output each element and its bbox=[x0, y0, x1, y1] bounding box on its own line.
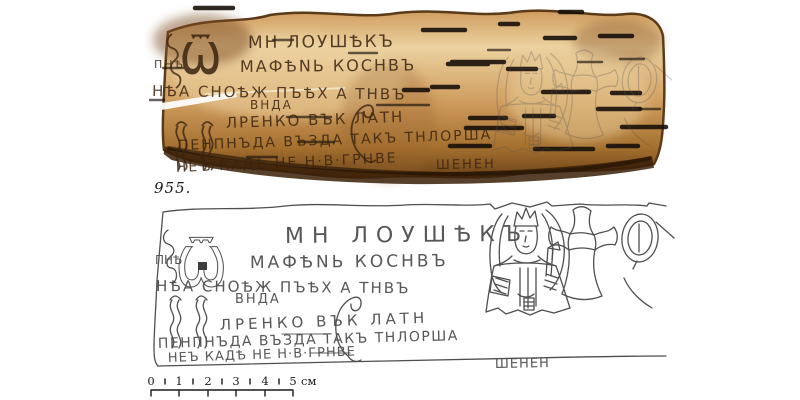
scale-unit-label: см bbox=[301, 374, 316, 388]
artifact-number-label: 955. bbox=[154, 179, 191, 197]
photo-line-2: МАФѢNЬ КОСНВЪ bbox=[240, 55, 417, 76]
tracing-figure-group bbox=[486, 207, 674, 315]
tracing-line-3b: ВНДА bbox=[235, 292, 281, 307]
photo-line-2-margin: ПНѢ bbox=[154, 58, 185, 71]
scale-tick-label-1: 1 bbox=[175, 374, 182, 388]
scale-tick-label-4: 4 bbox=[261, 374, 268, 388]
scale-tick-label-0: 0 bbox=[147, 374, 154, 388]
photo-line-7: ШЕНЕН bbox=[436, 157, 496, 173]
manuscript-figure-page: Ѿ МН ЛОУШѢКЪ ПНѢ МАФѢNЬ КОСНВЪ НѢА СНОѢЖ… bbox=[0, 0, 800, 400]
tracing-drawing: Ѿ МН ЛОУШѢКЪ ПНѢ МАФѢNЬ КОСНВЪ НѢА СНОѢЖ… bbox=[150, 198, 690, 375]
tracing-line-3: НѢА СНОѢЖ ПЪѢХ А ТНВЪ bbox=[156, 277, 411, 297]
scale-bar-line bbox=[151, 379, 293, 396]
scale-tick-label-2: 2 bbox=[204, 374, 211, 388]
birch-bark-photo: Ѿ МН ЛОУШѢКЪ ПНѢ МАФѢNЬ КОСНВЪ НѢА СНОѢЖ… bbox=[148, 2, 670, 188]
tracing-line-7: ШЕНЕН bbox=[495, 356, 550, 372]
photo-line-3b: ВНДА bbox=[250, 98, 293, 112]
tracing-dark-square bbox=[198, 262, 207, 270]
photo-initial-ot: Ѿ bbox=[180, 33, 223, 85]
tracing-line-2-margin: ПНѢ bbox=[155, 253, 182, 267]
photo-line-1: МН ЛОУШѢКЪ bbox=[248, 32, 395, 53]
scale-tick-label-5: 5 bbox=[289, 374, 296, 388]
scale-bar: 0 1 2 3 4 5 см bbox=[138, 366, 338, 398]
tracing-line-2: МАФѢNЬ КОСНВЪ bbox=[250, 251, 449, 273]
scale-tick-label-3: 3 bbox=[232, 374, 239, 388]
